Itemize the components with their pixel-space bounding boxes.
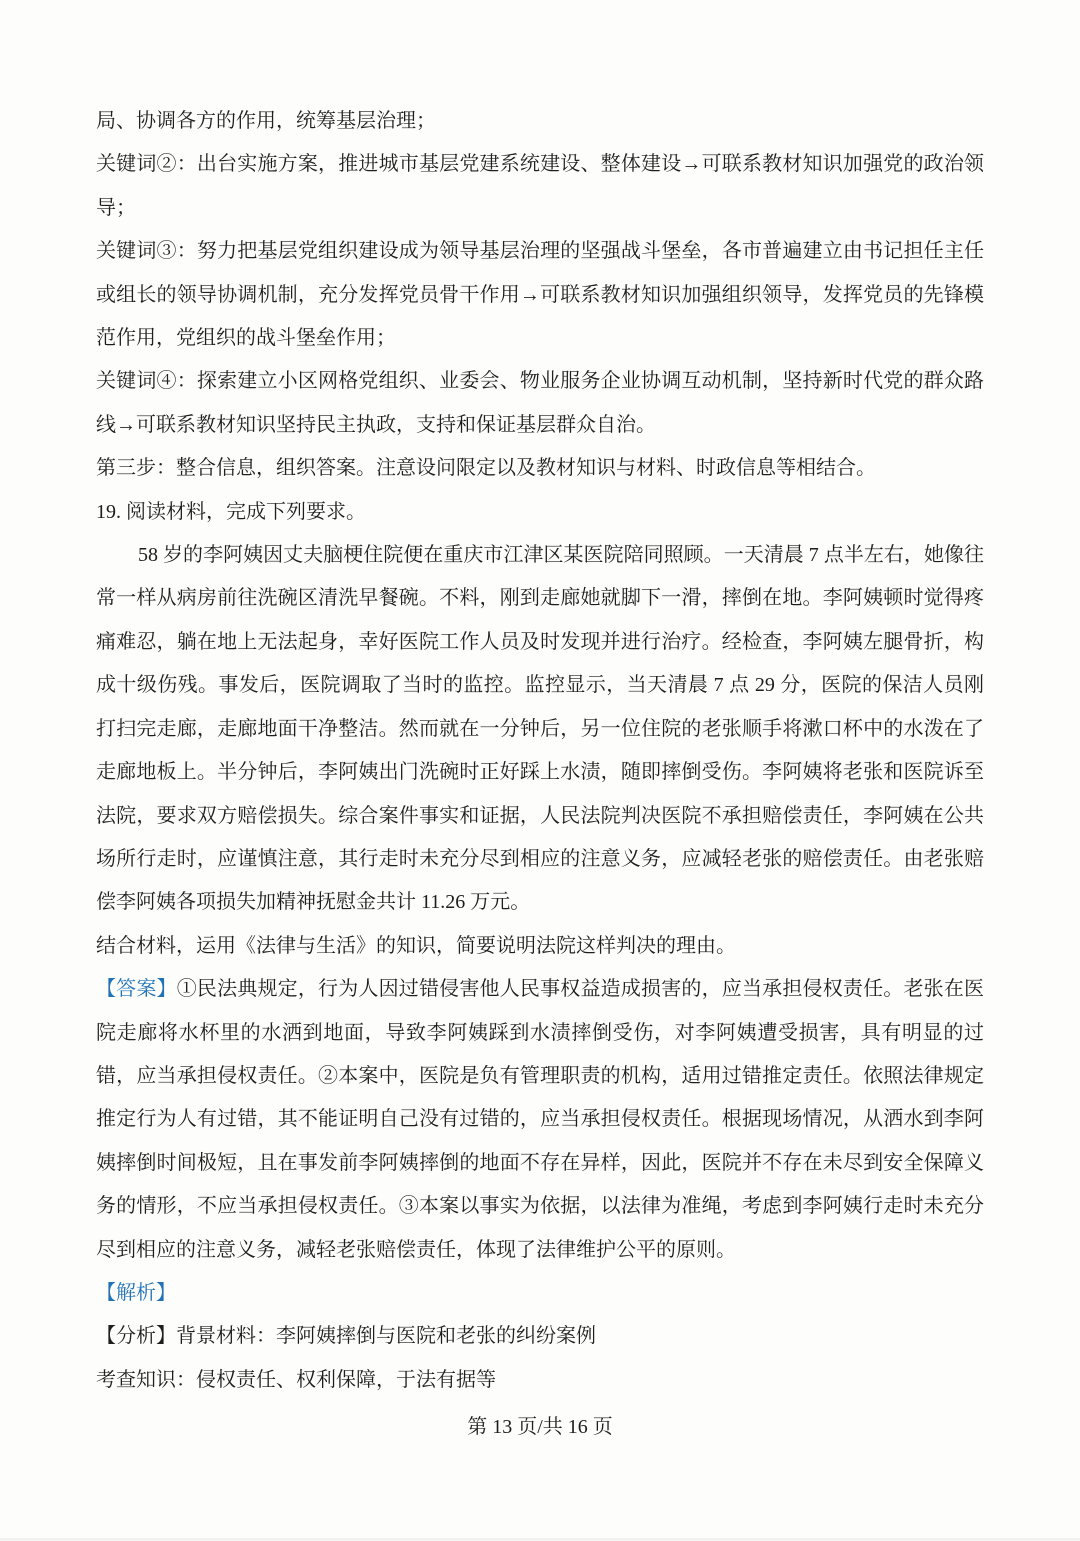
analysis-text: 背景材料：李阿姨摔倒与医院和老张的纠纷案例 bbox=[176, 1325, 596, 1347]
question-prompt: 结合材料，运用《法律与生活》的知识，简要说明法院这样判决的理由。 bbox=[96, 925, 984, 968]
analysis-label: 【分析】 bbox=[96, 1325, 176, 1347]
explanation-section: 【解析】 bbox=[96, 1272, 984, 1315]
paragraph-keyword-4: 关键词④：探索建立小区网格党组织、业委会、物业服务企业协调互动机制，坚持新时代党… bbox=[96, 360, 984, 447]
paragraph-continuation-overall-planning: 局、协调各方的作用，统筹基层治理； bbox=[96, 100, 984, 143]
document-body: 局、协调各方的作用，统筹基层治理； 关键词②：出台实施方案，推进城市基层党建系统… bbox=[96, 100, 984, 1402]
paragraph-keyword-2: 关键词②：出台实施方案，推进城市基层党建系统建设、整体建设→可联系教材知识加强党… bbox=[96, 143, 984, 230]
analysis-paragraph: 【分析】背景材料：李阿姨摔倒与医院和老张的纠纷案例 bbox=[96, 1315, 984, 1358]
paragraph-step-three: 第三步：整合信息，组织答案。注意设问限定以及教材知识与材料、时政信息等相结合。 bbox=[96, 447, 984, 490]
answer-paragraph: 【答案】①民法典规定，行为人因过错侵害他人民事权益造成损害的，应当承担侵权责任。… bbox=[96, 968, 984, 1272]
knowledge-tested-line: 考查知识：侵权责任、权利保障，于法有据等 bbox=[96, 1359, 984, 1402]
paragraph-keyword-3: 关键词③：努力把基层党组织建设成为领导基层治理的坚强战斗堡垒，各市普遍建立由书记… bbox=[96, 230, 984, 360]
explanation-label: 【解析】 bbox=[96, 1282, 176, 1304]
exam-answer-page: 局、协调各方的作用，统筹基层治理； 关键词②：出台实施方案，推进城市基层党建系统… bbox=[0, 0, 1080, 1541]
answer-label: 【答案】 bbox=[96, 978, 177, 1000]
page-number-footer: 第 13 页/共 16 页 bbox=[0, 1406, 1080, 1449]
case-material-paragraph: 58 岁的李阿姨因丈夫脑梗住院便在重庆市江津区某医院陪同照顾。一天清晨 7 点半… bbox=[96, 534, 984, 925]
answer-text: ①民法典规定，行为人因过错侵害他人民事权益造成损害的，应当承担侵权责任。老张在医… bbox=[96, 978, 984, 1260]
question-19-heading: 19. 阅读材料，完成下列要求。 bbox=[96, 491, 984, 534]
